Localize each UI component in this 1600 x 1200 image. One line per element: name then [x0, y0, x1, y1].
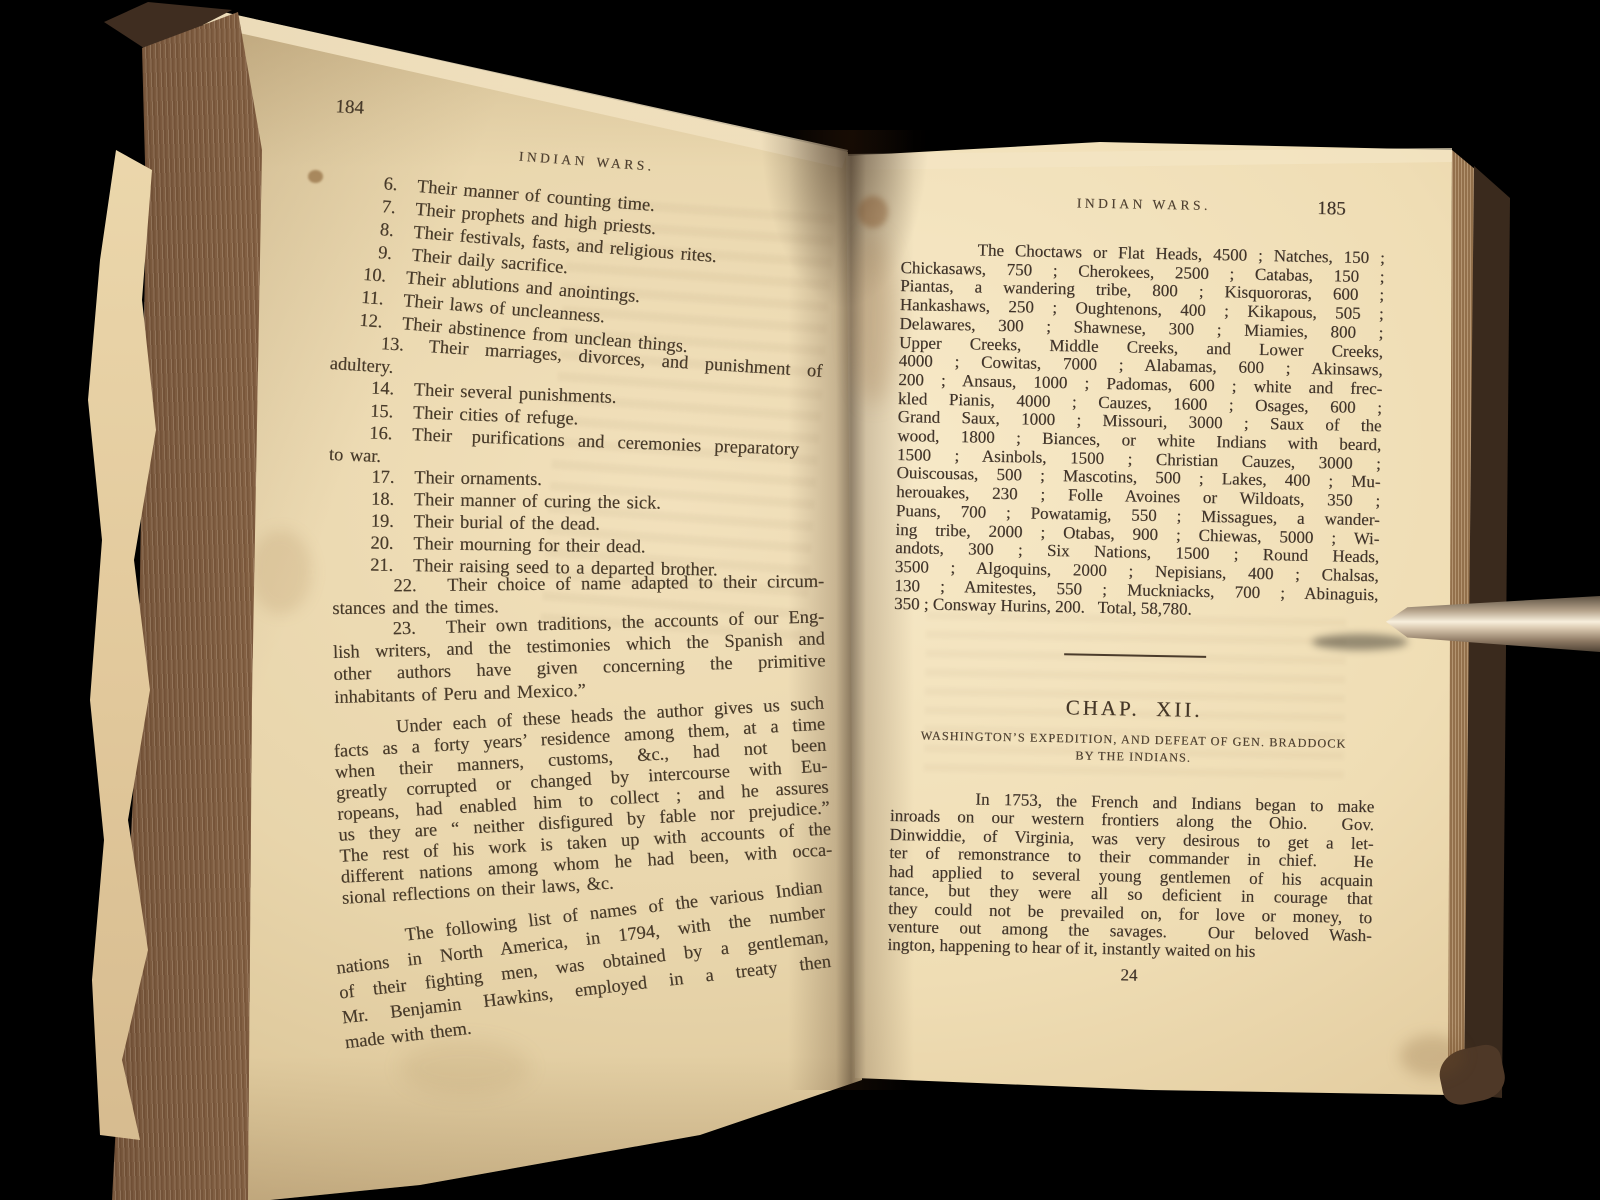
- chapter-subtitle: WASHINGTON’S EXPEDITION, AND DEFEAT OF G…: [891, 727, 1376, 770]
- chapter-body-paragraph: In 1753, the French and Indians began to…: [887, 789, 1374, 964]
- left-page-text: 184 INDIAN WARS. 6. Their manner of coun…: [332, 96, 824, 1056]
- section-divider-rule: [1064, 653, 1206, 658]
- pointer-shadow: [1312, 634, 1408, 650]
- numbered-list-items-17-21: 17. Their ornaments. 18. Their manner of…: [330, 465, 823, 582]
- book-photograph: 184 INDIAN WARS. 6. Their manner of coun…: [0, 0, 1600, 1200]
- right-page-number: 185: [1317, 198, 1346, 221]
- numbered-list-item-23: 23. Their own traditions, the accounts o…: [332, 606, 826, 709]
- indian-nations-census-paragraph: The Choctaws or Flat Heads, 4500 ; Natch…: [894, 240, 1385, 623]
- right-page-text: INDIAN WARS. 185 The Choctaws or Flat He…: [887, 192, 1386, 990]
- chapter-heading: CHAP. XII.: [892, 692, 1376, 726]
- paragraph-under-each: Under each of these heads the author giv…: [332, 693, 834, 909]
